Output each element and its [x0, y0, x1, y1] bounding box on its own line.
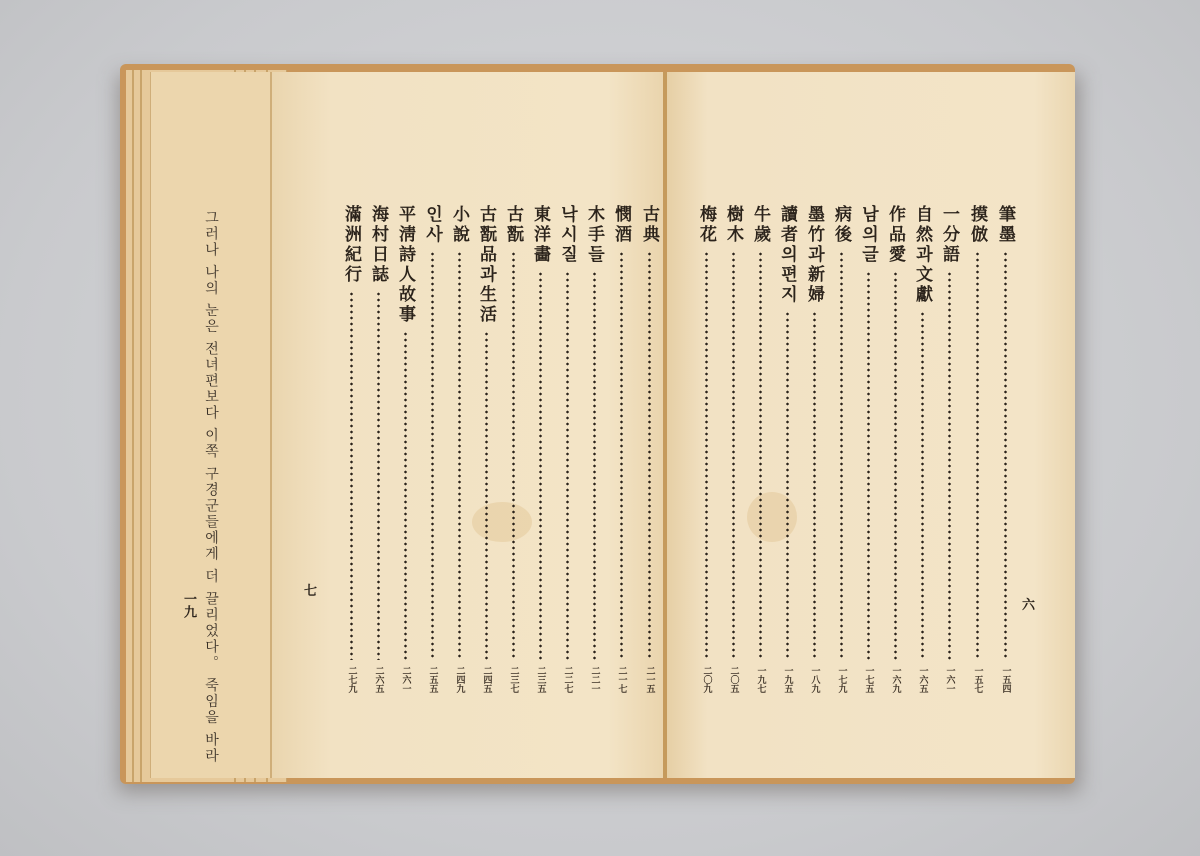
- dot-leader: [921, 311, 924, 660]
- toc-page-number: 二三七: [508, 666, 519, 693]
- toc-page-number: 一七五: [863, 666, 874, 693]
- dot-leader: [894, 271, 897, 660]
- dot-leader: [539, 271, 542, 660]
- back-text-page: 그러나 나의 눈은 전녀편보다 이쪽 구경군들에게 더 끌리었다。 죽임을 바라…: [150, 72, 271, 778]
- toc-entry: 平淸詩人故事二六一: [394, 205, 416, 693]
- toc-page-number: 一九五: [782, 666, 793, 693]
- page-edge: [140, 70, 142, 782]
- toc-entry: 筆墨一五四: [994, 205, 1016, 693]
- dot-leader: [786, 311, 789, 660]
- toc-title: 讀者의편지: [776, 205, 798, 305]
- toc-entry: 古典二一五: [638, 205, 660, 693]
- dot-leader: [948, 271, 951, 660]
- toc-title: 摸倣: [966, 205, 988, 245]
- toc-page-number: 二七九: [346, 666, 357, 693]
- toc-page-number: 二一七: [616, 666, 627, 693]
- toc-page-number: 二三五: [535, 666, 546, 693]
- toc-title: 樹木: [722, 205, 744, 245]
- toc-entry: 梅花二〇九: [695, 205, 717, 693]
- dot-leader: [759, 251, 762, 660]
- toc-entry: 海村日誌二六五: [367, 205, 389, 693]
- toc-entry: 摸倣一五七: [966, 205, 988, 693]
- dot-leader: [431, 251, 434, 660]
- toc-page-number: 一八九: [809, 666, 820, 693]
- toc-title: 一分語: [938, 205, 960, 265]
- toc-page-number: 二四九: [454, 666, 465, 693]
- body-text: 그러나 나의 눈은 전녀편보다 이쪽 구경군들에게 더 끌리었다。 죽임을 바라: [201, 210, 221, 800]
- toc-title: 滿洲紀行: [340, 205, 362, 285]
- toc-title: 墨竹과新婦: [803, 205, 825, 305]
- toc-title: 憫酒: [610, 205, 632, 245]
- toc-title: 남의글: [857, 205, 879, 265]
- toc-title: 筆墨: [994, 205, 1016, 245]
- dot-leader: [485, 331, 488, 660]
- dot-leader: [732, 251, 735, 660]
- toc-entry: 인사二五五: [421, 205, 443, 693]
- toc-page-number: 一七九: [836, 666, 847, 693]
- dot-leader: [566, 271, 569, 660]
- toc-title: 古翫品과生活: [475, 205, 497, 325]
- toc-page-number: 二六一: [400, 666, 411, 693]
- toc-title: 小說: [448, 205, 470, 245]
- toc-page-number: 二一五: [644, 666, 655, 693]
- dot-leader: [840, 251, 843, 660]
- toc-entry: 墨竹과新婦一八九: [803, 205, 825, 693]
- dot-leader: [512, 251, 515, 660]
- dot-leader: [593, 271, 596, 660]
- page-folio: 六: [1022, 594, 1035, 613]
- toc-page-number: 二四五: [481, 666, 492, 693]
- toc-page-number: 一六五: [917, 666, 928, 693]
- toc-entry: 牛歲一九七: [749, 205, 771, 693]
- page-folio: 一九: [179, 592, 198, 618]
- toc-entry: 作品愛一六九: [884, 205, 906, 693]
- toc-page-number: 二五五: [427, 666, 438, 693]
- dot-leader: [377, 291, 380, 660]
- toc-entry: 自然과文獻一六五: [911, 205, 933, 693]
- toc-entry: 小說二四九: [448, 205, 470, 693]
- toc-title: 인사: [421, 205, 443, 245]
- toc-page-number: 一五七: [972, 666, 983, 693]
- toc-page-number: 一六一: [944, 666, 955, 693]
- toc-entry: 滿洲紀行二七九: [340, 205, 362, 693]
- dot-leader: [350, 291, 353, 660]
- page-edge: [132, 70, 134, 782]
- toc-entry: 讀者의편지一九五: [776, 205, 798, 693]
- dot-leader: [648, 251, 651, 660]
- toc-title: 東洋畵: [529, 205, 551, 265]
- dot-leader: [813, 311, 816, 660]
- toc-entry: 木手들二二一: [583, 205, 605, 693]
- toc-title: 木手들: [583, 205, 605, 265]
- dot-leader: [458, 251, 461, 660]
- toc-title: 海村日誌: [367, 205, 389, 285]
- toc-entry: 一分語一六一: [938, 205, 960, 693]
- toc-entry: 東洋畵二三五: [529, 205, 551, 693]
- toc-title: 病後: [830, 205, 852, 245]
- toc-title: 自然과文獻: [911, 205, 933, 305]
- dot-leader: [705, 251, 708, 660]
- toc-page-number: 一五四: [1000, 666, 1011, 693]
- toc-title: 梅花: [695, 205, 717, 245]
- dot-leader: [976, 251, 979, 660]
- toc-title: 作品愛: [884, 205, 906, 265]
- dot-leader: [404, 331, 407, 660]
- dot-leader: [867, 271, 870, 660]
- toc-page-number: 一九七: [755, 666, 766, 693]
- page-folio: 七: [304, 580, 317, 599]
- toc-title: 平淸詩人故事: [394, 205, 416, 325]
- toc-entry: 古翫二三七: [502, 205, 524, 693]
- toc-entry: 憫酒二一七: [610, 205, 632, 693]
- toc-page-number: 二二一: [589, 666, 600, 693]
- toc-title: 古翫: [502, 205, 524, 245]
- toc-page-number: 二〇五: [728, 666, 739, 693]
- toc-title: 古典: [638, 205, 660, 245]
- toc-page-number: 二六五: [373, 666, 384, 693]
- toc-entry: 樹木二〇五: [722, 205, 744, 693]
- toc-entry: 남의글一七五: [857, 205, 879, 693]
- toc-page-number: 一六九: [890, 666, 901, 693]
- toc-title: 낙시질: [556, 205, 578, 265]
- toc-entry: 낙시질二二七: [556, 205, 578, 693]
- toc-page-number: 二二七: [562, 666, 573, 693]
- toc-entry: 古翫品과生活二四五: [475, 205, 497, 693]
- toc-title: 牛歲: [749, 205, 771, 245]
- dot-leader: [1004, 251, 1007, 660]
- dot-leader: [620, 251, 623, 660]
- toc-entry: 病後一七九: [830, 205, 852, 693]
- toc-page-number: 二〇九: [701, 666, 712, 693]
